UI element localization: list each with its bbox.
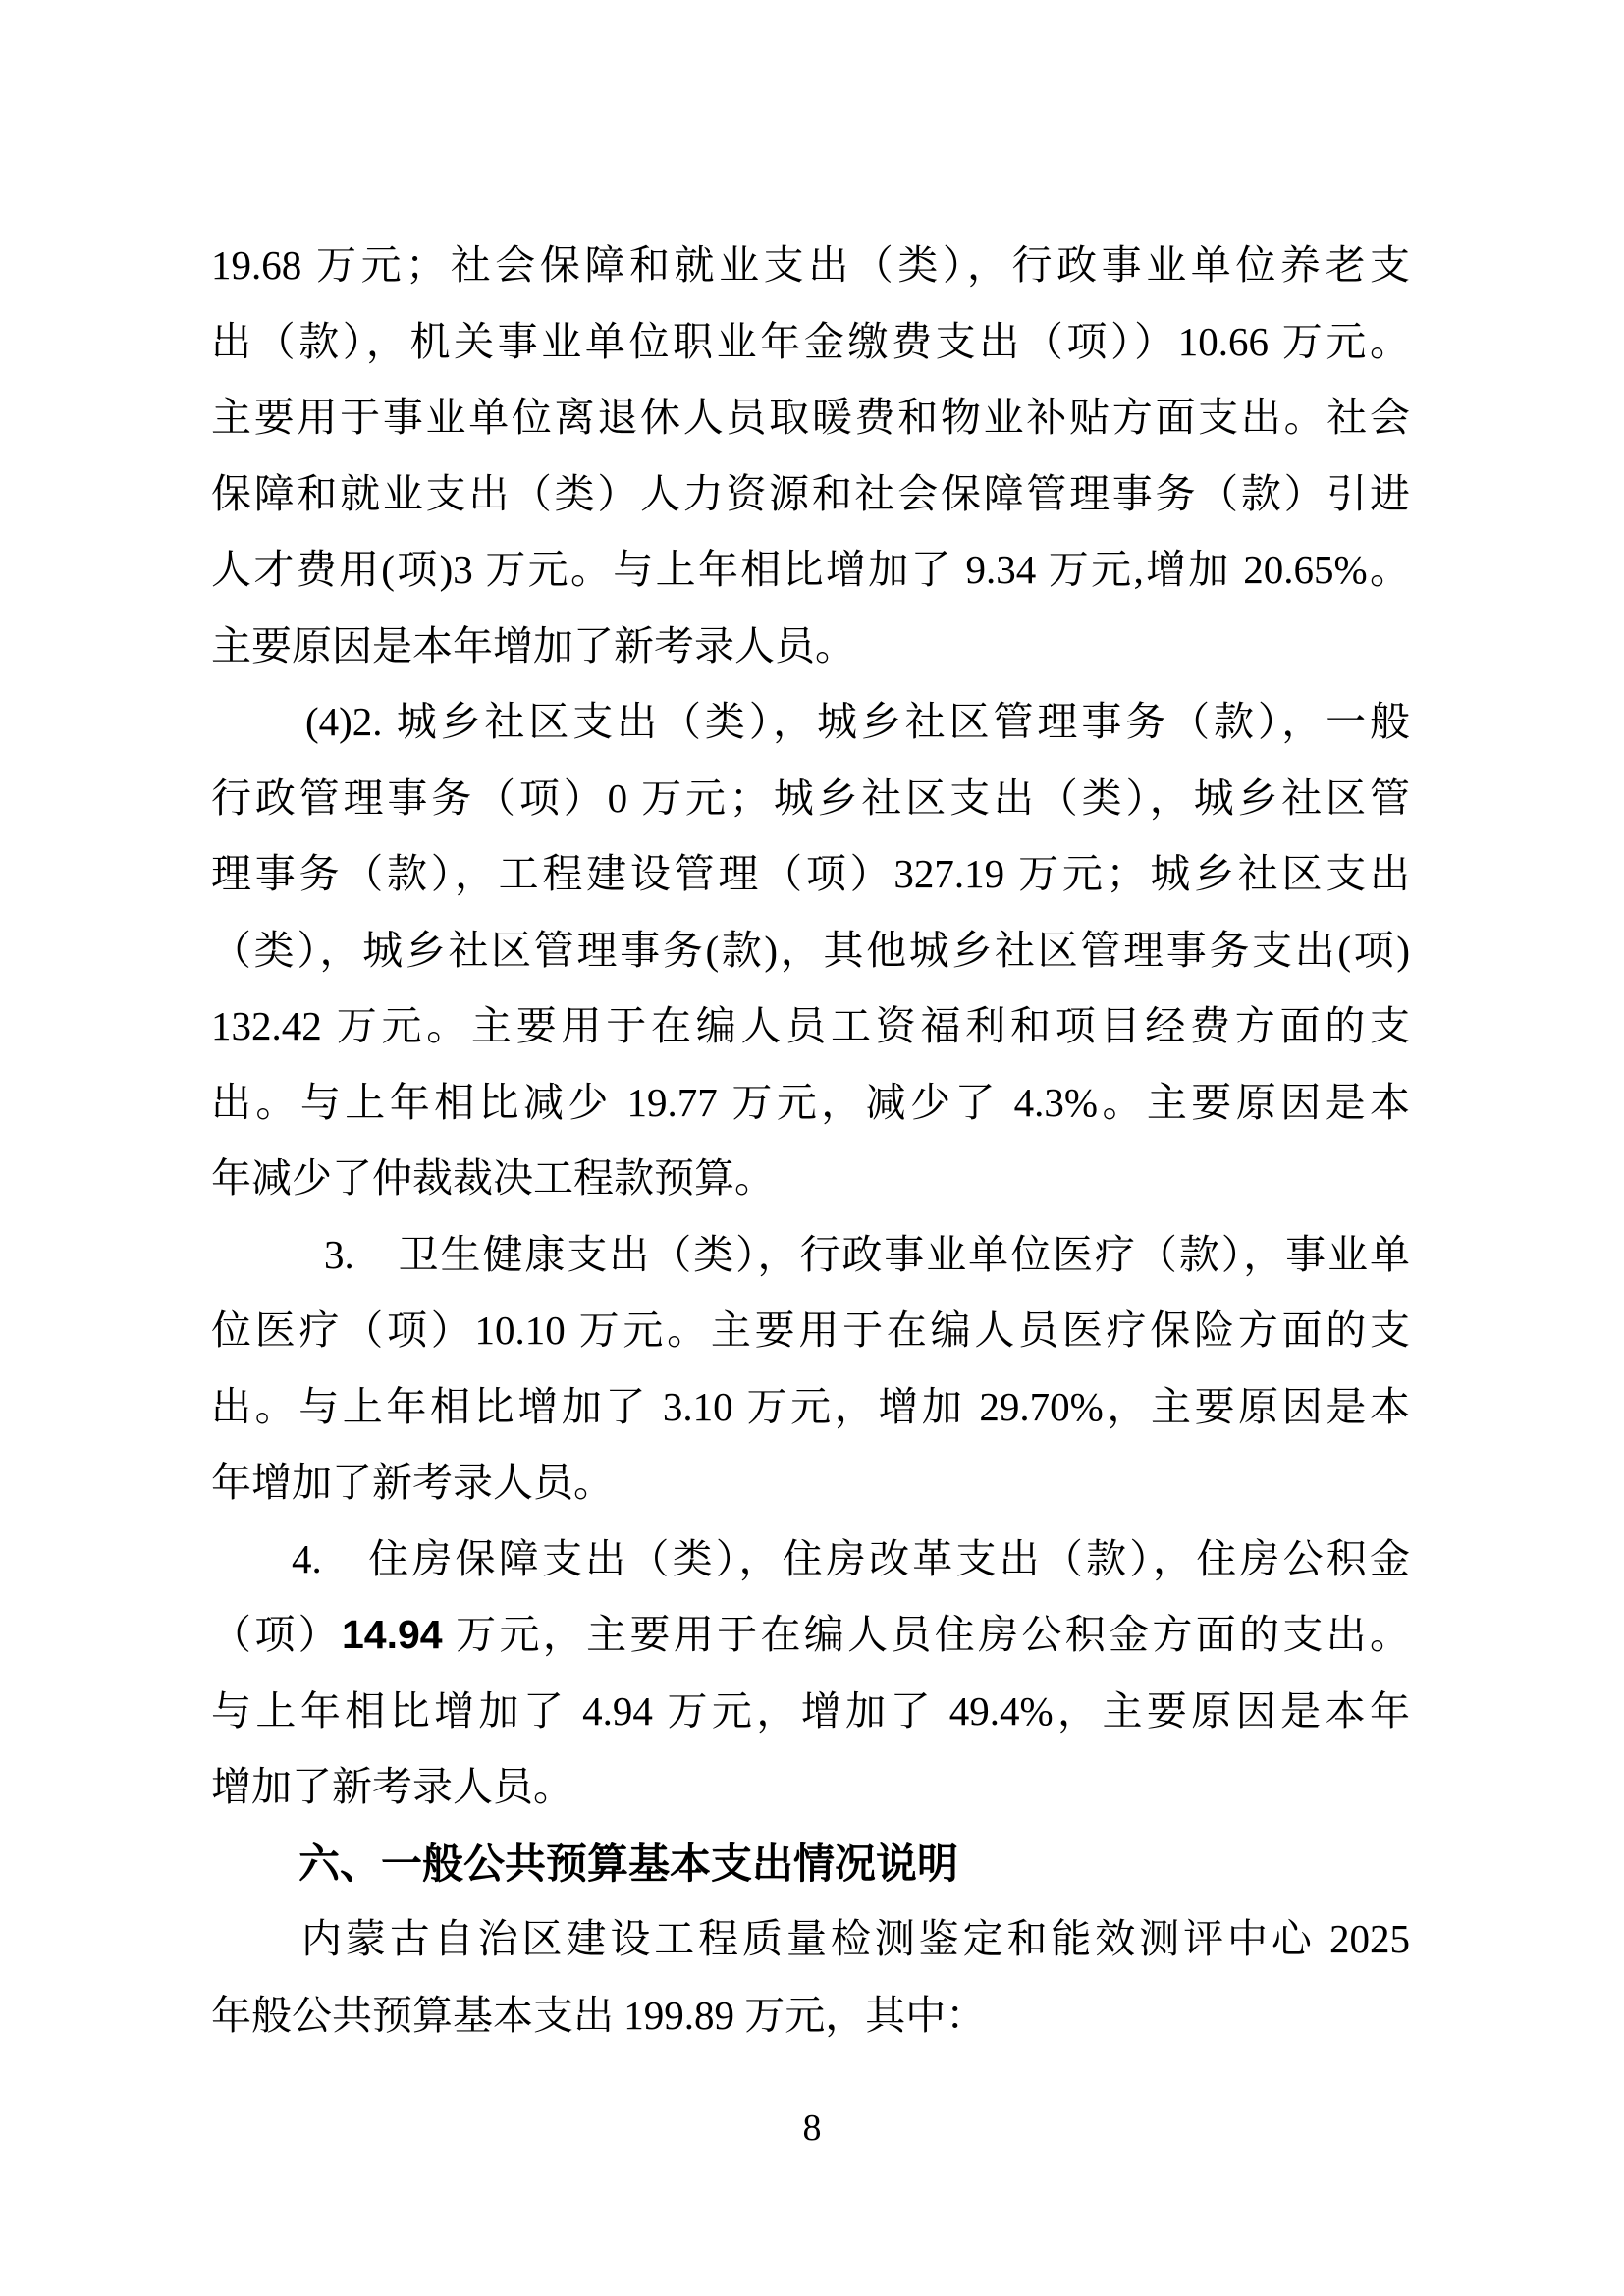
- text-segment: 主要原因是本年增加了新考录人员。: [211, 623, 855, 668]
- bold-value: 14.94: [342, 1612, 443, 1657]
- text-segment: 与上年相比增加了 4.94 万元，增加了 49.4%，主要原因是本年: [211, 1688, 1410, 1734]
- text-segment: 出。与上年相比减少 19.77 万元，减少了 4.3%。主要原因是本: [211, 1080, 1410, 1125]
- text-segment: 出。与上年相比增加了 3.10 万元，增加 29.70%，主要原因是本: [211, 1384, 1410, 1429]
- text-segment: 人才费用(项)3 万元。与上年相比增加了 9.34 万元,增加 20.65%。: [211, 547, 1410, 592]
- text-segment: 19.68 万元；社会保障和就业支出（类），行政事业单位养老支: [211, 242, 1410, 288]
- text-segment: 理事务（款），工程建设管理（项）327.19 万元；城乡社区支出: [211, 851, 1410, 896]
- document-page: 19.68 万元；社会保障和就业支出（类），行政事业单位养老支出（款），机关事业…: [0, 0, 1624, 2296]
- text-segment: (4)2. 城乡社区支出（类），城乡社区管理事务（款），一般: [305, 699, 1410, 744]
- text-segment: 出（款），机关事业单位职业年金缴费支出（项））10.66 万元。: [211, 319, 1410, 364]
- text-segment: 4. 住房保障支出（类），住房改革支出（款），住房公积金: [292, 1536, 1410, 1581]
- page-number: 8: [0, 2107, 1624, 2150]
- section-heading: 六、一般公共预算基本支出情况说明: [211, 1826, 1410, 1902]
- line-23: 内蒙古自治区建设工程质量检测鉴定和能效测评中心 2025: [211, 1901, 1410, 1978]
- line-17: 年增加了新考录人员。: [211, 1445, 1410, 1522]
- line-01: 19.68 万元；社会保障和就业支出（类），行政事业单位养老支: [211, 228, 1410, 304]
- text-segment: （类），城乡社区管理事务(款)，其他城乡社区管理事务支出(项): [211, 928, 1410, 973]
- line-06: 主要原因是本年增加了新考录人员。: [211, 609, 1410, 685]
- text-segment: 保障和就业支出（类）人力资源和社会保障管理事务（款）引进: [211, 471, 1410, 516]
- line-18: 4. 住房保障支出（类），住房改革支出（款），住房公积金: [211, 1522, 1410, 1598]
- line-15: 位医疗（项）10.10 万元。主要用于在编人员医疗保险方面的支: [211, 1293, 1410, 1369]
- line-10: （类），城乡社区管理事务(款)，其他城乡社区管理事务支出(项): [211, 913, 1410, 989]
- line-21: 增加了新考录人员。: [211, 1749, 1410, 1826]
- text-segment: 内蒙古自治区建设工程质量检测鉴定和能效测评中心 2025: [301, 1916, 1410, 1961]
- line-05: 人才费用(项)3 万元。与上年相比增加了 9.34 万元,增加 20.65%。: [211, 532, 1410, 609]
- line-07: (4)2. 城乡社区支出（类），城乡社区管理事务（款），一般: [211, 684, 1410, 761]
- text-segment: 行政管理事务（项）0 万元；城乡社区支出（类），城乡社区管: [211, 775, 1410, 821]
- line-04: 保障和就业支出（类）人力资源和社会保障管理事务（款）引进: [211, 456, 1410, 533]
- text-segment: （项）: [211, 1612, 342, 1657]
- line-03: 主要用于事业单位离退休人员取暖费和物业补贴方面支出。社会: [211, 380, 1410, 456]
- line-08: 行政管理事务（项）0 万元；城乡社区支出（类），城乡社区管: [211, 761, 1410, 837]
- line-11: 132.42 万元。主要用于在编人员工资福利和项目经费方面的支: [211, 988, 1410, 1065]
- line-14: 3. 卫生健康支出（类），行政事业单位医疗（款），事业单: [211, 1217, 1410, 1294]
- text-segment: 增加了新考录人员。: [211, 1764, 573, 1809]
- line-02: 出（款），机关事业单位职业年金缴费支出（项））10.66 万元。: [211, 304, 1410, 381]
- text-segment: 万元，主要用于在编人员住房公积金方面的支出。: [443, 1612, 1410, 1657]
- text-segment: 年般公共预算基本支出 199.89 万元，其中：: [211, 1993, 986, 2038]
- text-segment: 3. 卫生健康支出（类），行政事业单位医疗（款），事业单: [324, 1232, 1410, 1277]
- text-segment: 132.42 万元。主要用于在编人员工资福利和项目经费方面的支: [211, 1003, 1410, 1048]
- line-13: 年减少了仲裁裁决工程款预算。: [211, 1141, 1410, 1217]
- text-segment: 主要用于事业单位离退休人员取暖费和物业补贴方面支出。社会: [211, 395, 1410, 440]
- text-segment: 年增加了新考录人员。: [211, 1460, 614, 1505]
- line-20: 与上年相比增加了 4.94 万元，增加了 49.4%，主要原因是本年: [211, 1674, 1410, 1750]
- text-segment: 年减少了仲裁裁决工程款预算。: [211, 1155, 775, 1201]
- document-content: 19.68 万元；社会保障和就业支出（类），行政事业单位养老支出（款），机关事业…: [211, 228, 1410, 2054]
- line-09: 理事务（款），工程建设管理（项）327.19 万元；城乡社区支出: [211, 836, 1410, 913]
- text-segment: 位医疗（项）10.10 万元。主要用于在编人员医疗保险方面的支: [211, 1308, 1410, 1353]
- line-16: 出。与上年相比增加了 3.10 万元，增加 29.70%，主要原因是本: [211, 1369, 1410, 1446]
- line-24: 年般公共预算基本支出 199.89 万元，其中：: [211, 1978, 1410, 2055]
- line-19: （项）14.94 万元，主要用于在编人员住房公积金方面的支出。: [211, 1597, 1410, 1674]
- line-12: 出。与上年相比减少 19.77 万元，减少了 4.3%。主要原因是本: [211, 1065, 1410, 1142]
- text-segment: 六、一般公共预算基本支出情况说明: [298, 1841, 958, 1887]
